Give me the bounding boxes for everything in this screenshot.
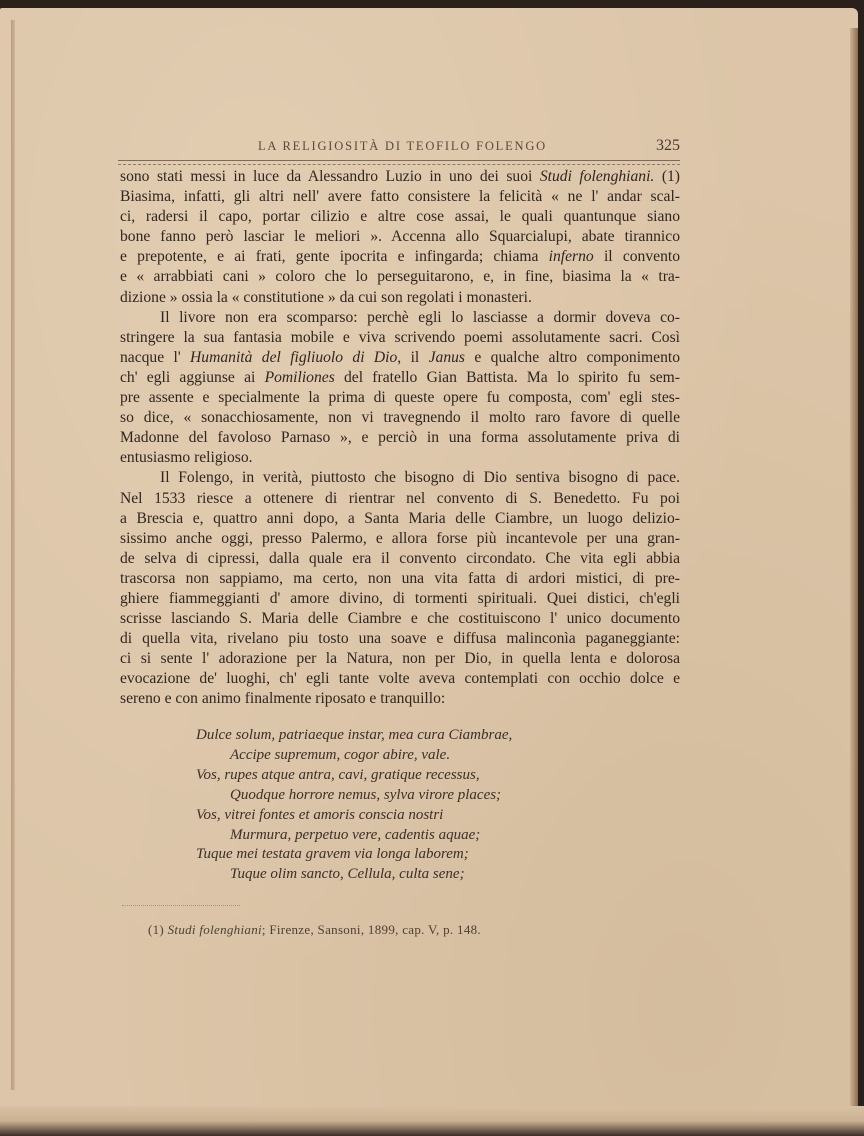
latin-verse: Dulce solum, patriaeque instar, mea cura… [196, 726, 556, 885]
text-line: pre assente e specialmente la prima di q… [120, 388, 680, 408]
text-segment: (1) [654, 168, 680, 185]
running-header: La religiosità di Teofilo Folengo 325 [118, 137, 680, 159]
text-segment: evocazione de' luoghi, ch' egli tante vo… [120, 670, 680, 687]
text-segment: dizione » ossia la « constitutione » da … [120, 289, 532, 306]
page-right-edge [850, 28, 858, 1118]
text-line: entusiasmo religioso. [120, 448, 680, 468]
text-line: sissimo anche oggi, presso Palermo, e al… [120, 529, 680, 549]
text-line: di quella vita, rivelano piu tosto una s… [120, 629, 680, 649]
text-line: ci si sente l' adorazione per la Natura,… [120, 649, 680, 669]
italic-title: Studi folenghiani. [540, 168, 654, 185]
header-rule [118, 160, 680, 165]
text-segment: Madonne del favoloso Parnaso », e perciò… [120, 429, 680, 446]
text-segment: pre assente e specialmente la prima di q… [120, 389, 680, 406]
text-segment: scrisse lasciando S. Maria delle Ciambre… [120, 610, 680, 627]
italic-title: Janus [429, 349, 465, 366]
paragraph: Il livore non era scomparso: perchè egli… [120, 308, 680, 469]
text-segment: trascorsa non sappiamo, ma certo, non un… [120, 570, 680, 587]
text-line: Il livore non era scomparso: perchè egli… [120, 308, 680, 328]
verse-line: Tuque mei testata gravem via longa labor… [196, 845, 556, 865]
running-title: La religiosità di Teofilo Folengo [258, 139, 547, 154]
verse-line: Tuque olim sancto, Cellula, culta sene; [196, 865, 556, 885]
paragraph: Il Folengo, in verità, piuttosto che bis… [120, 468, 680, 709]
text-line: bone fanno però lasciar le meliori ». Ac… [120, 227, 680, 247]
text-segment: entusiasmo religioso. [120, 449, 253, 466]
text-line: evocazione de' luoghi, ch' egli tante vo… [120, 669, 680, 689]
footnote-rest: ; Firenze, Sansoni, 1899, cap. V, p. 148… [262, 922, 481, 937]
text-line: dizione » ossia la « constitutione » da … [120, 288, 680, 308]
verse-line: Vos, vitrei fontes et amoris conscia nos… [196, 806, 556, 826]
text-line: sono stati messi in luce da Alessandro L… [120, 167, 680, 187]
text-segment: bone fanno però lasciar le meliori ». Ac… [120, 228, 680, 245]
text-segment: sereno e con animo finalmente riposato e… [120, 690, 445, 707]
page-left-edge [11, 20, 15, 1090]
text-line: ch' egli aggiunse ai Pomiliones del frat… [120, 368, 680, 388]
text-line: a Brescia e, quattro anni dopo, a Santa … [120, 509, 680, 529]
verse-line: Quodque horrore nemus, sylva virore plac… [196, 786, 556, 806]
text-line: ci, radersi il capo, portar cilizio e al… [120, 207, 680, 227]
footnote: (1) Studi folenghiani; Firenze, Sansoni,… [148, 922, 481, 938]
text-line: Madonne del favoloso Parnaso », e perciò… [120, 428, 680, 448]
text-line: so dice, « sonacchiosamente, non vi trav… [120, 408, 680, 428]
footnote-title: Studi folenghiani [168, 922, 262, 937]
body-text: sono stati messi in luce da Alessandro L… [120, 167, 680, 710]
text-line: Il Folengo, in verità, piuttosto che bis… [120, 468, 680, 488]
footnote-rule [122, 905, 240, 906]
text-segment: ci si sente l' adorazione per la Natura,… [120, 650, 680, 667]
text-segment: e « arrabbiati cani » coloro che lo pers… [120, 268, 680, 285]
text-segment: il convento [594, 248, 680, 265]
text-line: stringere la sua fantasia mobile e viva … [120, 328, 680, 348]
text-segment: Il Folengo, in verità, piuttosto che bis… [160, 469, 680, 486]
verse-line: Vos, rupes atque antra, cavi, gratique r… [196, 766, 556, 786]
text-line: e prepotente, e ai frati, gente ipocrita… [120, 247, 680, 267]
text-segment: de selva di cipressi, dalla quale era il… [120, 550, 680, 567]
text-segment: di quella vita, rivelano piu tosto una s… [120, 630, 680, 647]
text-segment: sono stati messi in luce da Alessandro L… [120, 168, 540, 185]
text-line: sereno e con animo finalmente riposato e… [120, 689, 680, 709]
text-segment: e prepotente, e ai frati, gente ipocrita… [120, 248, 549, 265]
italic-title: Pomiliones [265, 369, 335, 386]
text-segment: Il livore non era scomparso: perchè egli… [160, 309, 680, 326]
italic-title: Humanità del figliuolo di Dio [190, 349, 397, 366]
text-line: scrisse lasciando S. Maria delle Ciambre… [120, 609, 680, 629]
text-segment: ch' egli aggiunse ai [120, 369, 265, 386]
text-segment: sissimo anche oggi, presso Palermo, e al… [120, 530, 680, 547]
text-segment: ci, radersi il capo, portar cilizio e al… [120, 208, 680, 225]
page-number: 325 [656, 137, 680, 155]
verse-line: Dulce solum, patriaeque instar, mea cura… [196, 726, 556, 746]
paragraph: sono stati messi in luce da Alessandro L… [120, 167, 680, 308]
text-segment: Biasima, infatti, gli altri nell' avere … [120, 188, 680, 205]
text-segment: e qualche altro componimento [465, 349, 680, 366]
text-line: Biasima, infatti, gli altri nell' avere … [120, 187, 680, 207]
text-segment: del fratello Gian Battista. Ma lo spirit… [335, 369, 680, 386]
text-segment: ghiere fiammeggianti d' amore divino, di… [120, 590, 680, 607]
text-line: e « arrabbiati cani » coloro che lo pers… [120, 267, 680, 287]
book-page: La religiosità di Teofilo Folengo 325 so… [0, 8, 858, 1116]
verse-line: Murmura, perpetuo vere, cadentis aquae; [196, 826, 556, 846]
text-line: ghiere fiammeggianti d' amore divino, di… [120, 589, 680, 609]
text-segment: a Brescia e, quattro anni dopo, a Santa … [120, 510, 680, 527]
text-segment: Nel 1533 riesce a ottenere di rientrar n… [120, 490, 680, 507]
text-line: trascorsa non sappiamo, ma certo, non un… [120, 569, 680, 589]
italic-title: inferno [549, 248, 594, 265]
verse-line: Accipe supremum, cogor abire, vale. [196, 746, 556, 766]
text-segment: nacque l' [120, 349, 190, 366]
text-segment: stringere la sua fantasia mobile e viva … [120, 329, 680, 346]
footnote-marker: (1) [148, 922, 168, 937]
page-bottom-edge [0, 1106, 864, 1136]
text-line: de selva di cipressi, dalla quale era il… [120, 549, 680, 569]
text-segment: , il [397, 349, 428, 366]
text-line: nacque l' Humanità del figliuolo di Dio,… [120, 348, 680, 368]
text-line: Nel 1533 riesce a ottenere di rientrar n… [120, 489, 680, 509]
text-segment: so dice, « sonacchiosamente, non vi trav… [120, 409, 680, 426]
